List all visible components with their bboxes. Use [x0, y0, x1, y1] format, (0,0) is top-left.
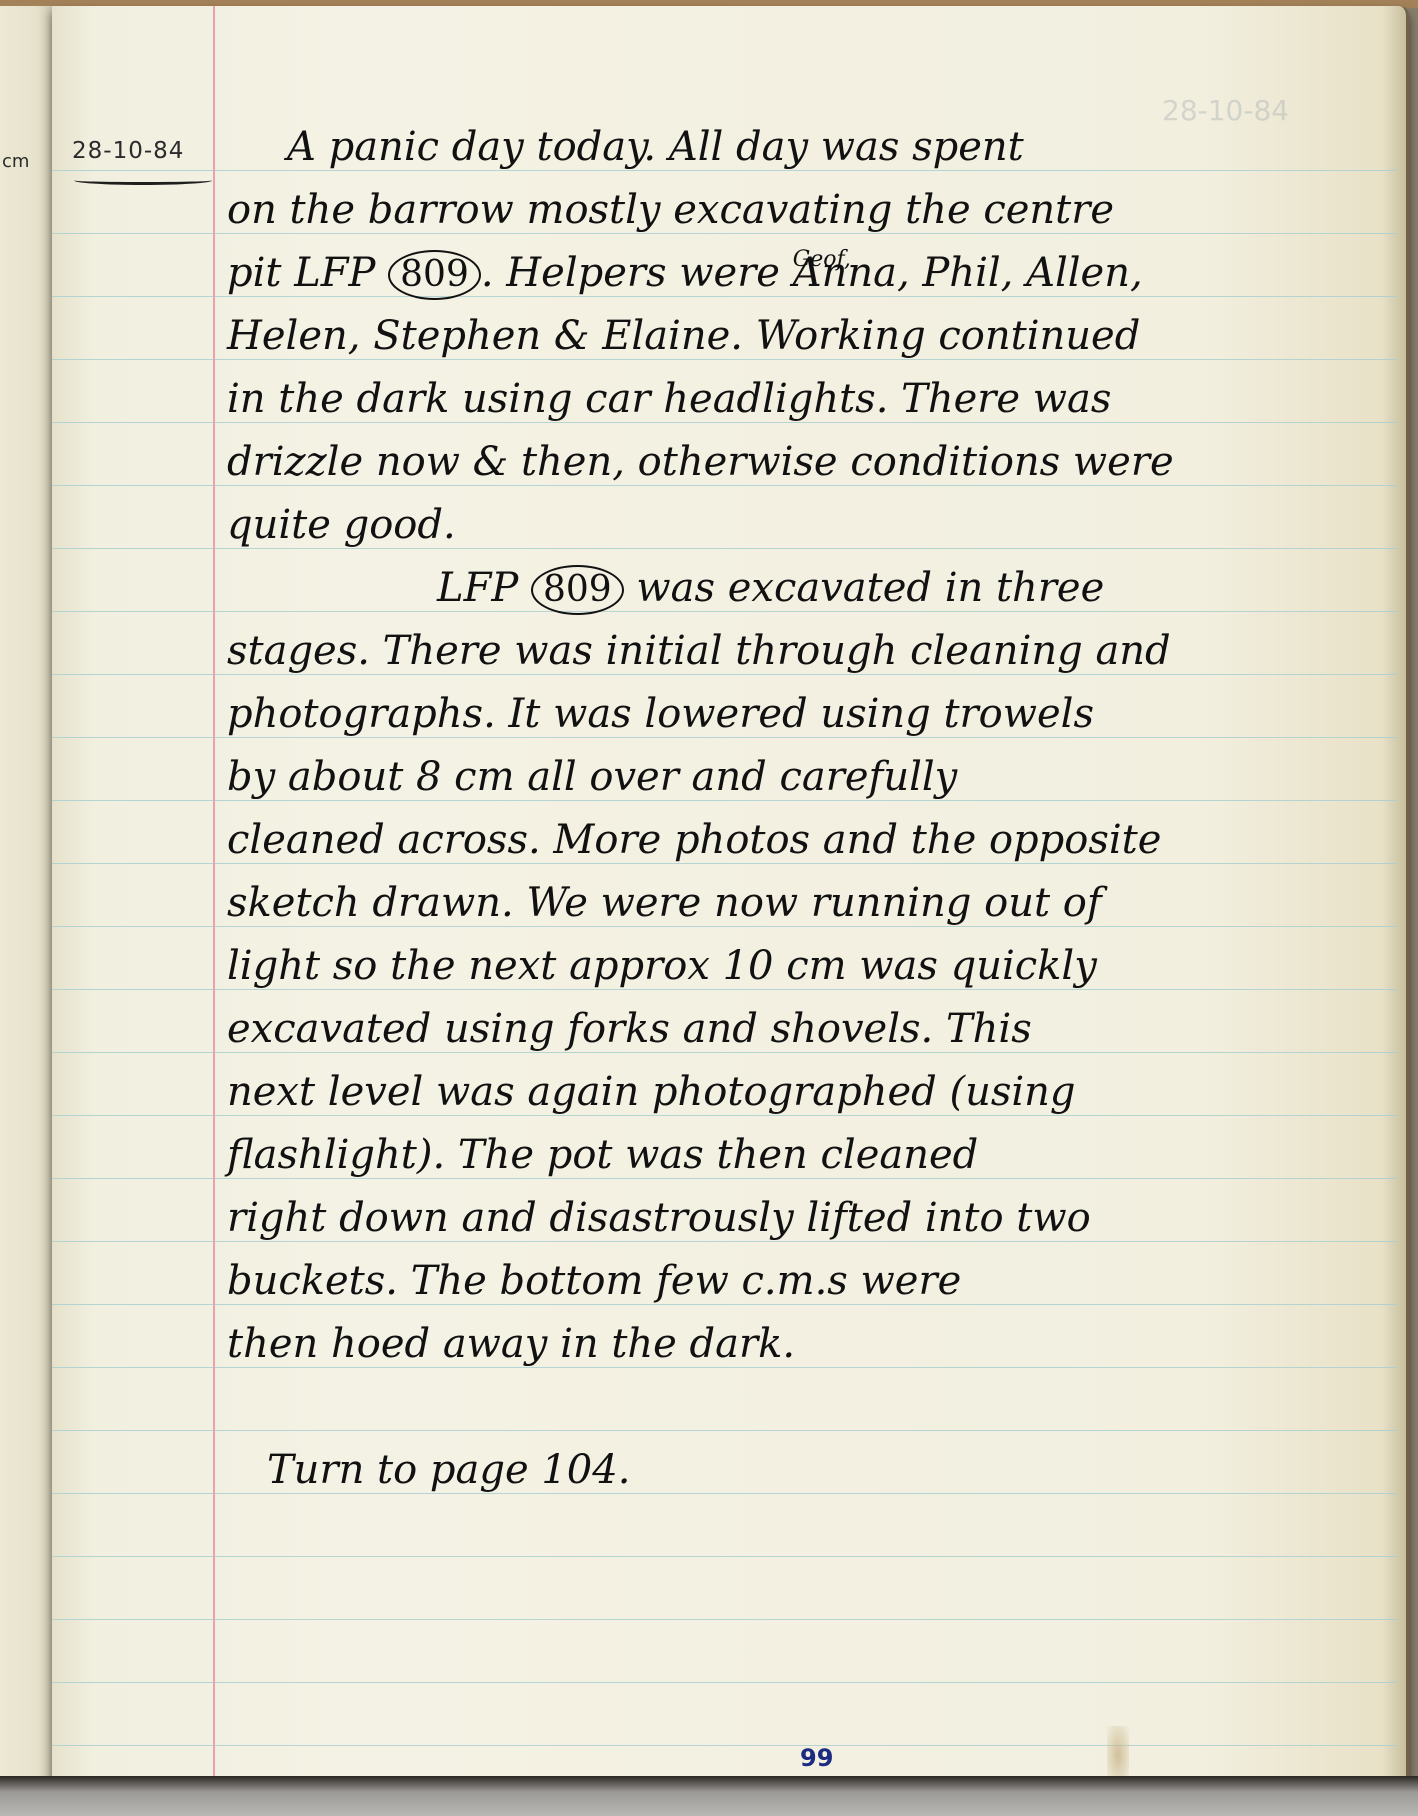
- line-text: drizzle now & then, otherwise conditions…: [227, 439, 1174, 485]
- entry-line: by about 8 cm all over and carefully: [227, 746, 1377, 809]
- blank-line: [227, 1376, 1377, 1439]
- entry-line: pit LFP 809. Helpers were Geof, Anna, Ph…: [227, 242, 1377, 305]
- notebook-page: 28-10-84 28-10-84 A panic day today. All…: [52, 6, 1409, 1783]
- entry-line: light so the next approx 10 cm was quick…: [227, 935, 1377, 998]
- entry-line: in the dark using car headlights. There …: [227, 368, 1377, 431]
- line-text: on the barrow mostly excavating the cent…: [227, 187, 1114, 233]
- line-text: right down and disastrously lifted into …: [227, 1195, 1091, 1241]
- rule-line: [52, 1556, 1398, 1557]
- line-text: light so the next approx 10 cm was quick…: [227, 943, 1097, 989]
- entry-line: cleaned across. More photos and the oppo…: [227, 809, 1377, 872]
- line-text: LFP: [437, 565, 531, 611]
- line-text: next level was again photographed (using: [227, 1069, 1076, 1115]
- handwritten-entry: A panic day today. All day was spent on …: [227, 116, 1377, 1502]
- entry-line: buckets. The bottom few c.m.s were: [227, 1250, 1377, 1313]
- entry-line: excavated using forks and shovels. This: [227, 998, 1377, 1061]
- line-text: cleaned across. More photos and the oppo…: [227, 817, 1161, 863]
- entry-line: Helen, Stephen & Elaine. Working continu…: [227, 305, 1377, 368]
- line-text: quite good.: [227, 502, 456, 548]
- rule-line: [52, 1619, 1398, 1620]
- line-text: photographs. It was lowered using trowel…: [227, 691, 1094, 737]
- entry-line: then hoed away in the dark.: [227, 1313, 1377, 1376]
- line-text: was excavated in three: [624, 565, 1105, 611]
- date-underline: [74, 176, 212, 185]
- line-text: in the dark using car headlights. There …: [227, 376, 1111, 422]
- entry-line: sketch drawn. We were now running out of: [227, 872, 1377, 935]
- entry-line-continuation: Turn to page 104.: [227, 1439, 1377, 1502]
- line-text: sketch drawn. We were now running out of: [227, 880, 1102, 926]
- line-text: by about 8 cm all over and carefully: [227, 754, 957, 800]
- entry-line: right down and disastrously lifted into …: [227, 1187, 1377, 1250]
- line-text: then hoed away in the dark.: [227, 1321, 795, 1367]
- context-number-circled: 809: [388, 250, 481, 300]
- line-text: buckets. The bottom few c.m.s were: [227, 1258, 961, 1304]
- entry-line: A panic day today. All day was spent: [227, 116, 1377, 179]
- line-text: stages. There was initial through cleani…: [227, 628, 1171, 674]
- entry-line: next level was again photographed (using: [227, 1061, 1377, 1124]
- entry-line: photographs. It was lowered using trowel…: [227, 683, 1377, 746]
- entry-date: 28-10-84: [72, 138, 184, 164]
- page-number: 99: [800, 1744, 833, 1772]
- line-text: Helen, Stephen & Elaine. Working continu…: [227, 313, 1140, 359]
- line-text: flashlight). The pot was then cleaned: [227, 1132, 978, 1178]
- red-margin-line: [213, 6, 215, 1781]
- line-text: Turn to page 104.: [267, 1447, 630, 1493]
- context-number-circled: 809: [531, 565, 624, 615]
- previous-page-edge: cm: [0, 6, 54, 1781]
- gutter-note: cm: [2, 151, 29, 172]
- line-text: excavated using forks and shovels. This: [227, 1006, 1032, 1052]
- entry-line: flashlight). The pot was then cleaned: [227, 1124, 1377, 1187]
- rule-line: [52, 1682, 1398, 1683]
- entry-line: stages. There was initial through cleani…: [227, 620, 1377, 683]
- scan-backdrop: [0, 1776, 1418, 1816]
- entry-line: quite good.: [227, 494, 1377, 557]
- line-text: pit LFP: [227, 250, 388, 296]
- line-text: A panic day today. All day was spent: [287, 124, 1024, 170]
- entry-line: LFP 809 was excavated in three: [227, 557, 1377, 620]
- inserted-word: Geof,: [793, 228, 851, 291]
- entry-line: drizzle now & then, otherwise conditions…: [227, 431, 1377, 494]
- rule-line: [52, 1745, 1398, 1746]
- line-text: . Helpers were: [481, 250, 793, 296]
